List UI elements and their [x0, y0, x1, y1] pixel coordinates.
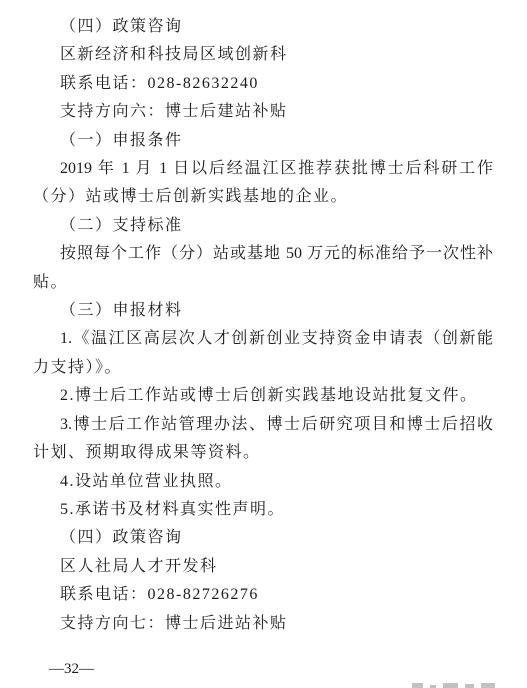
- text-line: （分）站或博士后创新实践基地的企业。: [33, 183, 493, 211]
- text-line: 5.承诺书及材料真实性声明。: [33, 496, 493, 524]
- page-number: —32—: [49, 661, 94, 678]
- text-line: （四）政策咨询: [33, 524, 493, 552]
- text-line: 联系电话：028-82632240: [33, 70, 493, 98]
- text-line: 2.博士后工作站或博士后创新实践基地设站批复文件。: [33, 382, 493, 410]
- text-line: 贴。: [33, 269, 493, 297]
- text-line: 计划、预期取得成果等资料。: [33, 439, 493, 467]
- text-line: （二）支持标准: [33, 212, 493, 240]
- text-line: （一）申报条件: [33, 127, 493, 155]
- text-line: 3.博士后工作站管理办法、博士后研究项目和博士后招收: [33, 411, 493, 439]
- document-lines: （四）政策咨询区新经济和科技局区域创新科联系电话：028-82632240支持方…: [33, 13, 493, 638]
- text-line: 联系电话：028-82726276: [33, 581, 493, 609]
- text-line: 支持方向七：博士后进站补贴: [33, 610, 493, 638]
- text-line: （三）申报材料: [33, 297, 493, 325]
- text-line: （四）政策咨询: [33, 13, 493, 41]
- text-line: 力支持）》。: [33, 354, 493, 382]
- document-page: （四）政策咨询区新经济和科技局区域创新科联系电话：028-82632240支持方…: [0, 0, 527, 688]
- text-line: 按照每个工作（分）站或基地 50 万元的标准给予一次性补: [33, 240, 493, 268]
- text-line: 1.《温江区高层次人才创新创业支持资金申请表（创新能: [33, 325, 493, 353]
- page-edge-artifact: [412, 683, 495, 688]
- text-line: 区新经济和科技局区域创新科: [33, 41, 493, 69]
- text-line: 4.设站单位营业执照。: [33, 468, 493, 496]
- text-line: 2019 年 1 月 1 日以后经温江区推荐获批博士后科研工作: [33, 155, 493, 183]
- text-line: 区人社局人才开发科: [33, 553, 493, 581]
- text-line: 支持方向六：博士后建站补贴: [33, 98, 493, 126]
